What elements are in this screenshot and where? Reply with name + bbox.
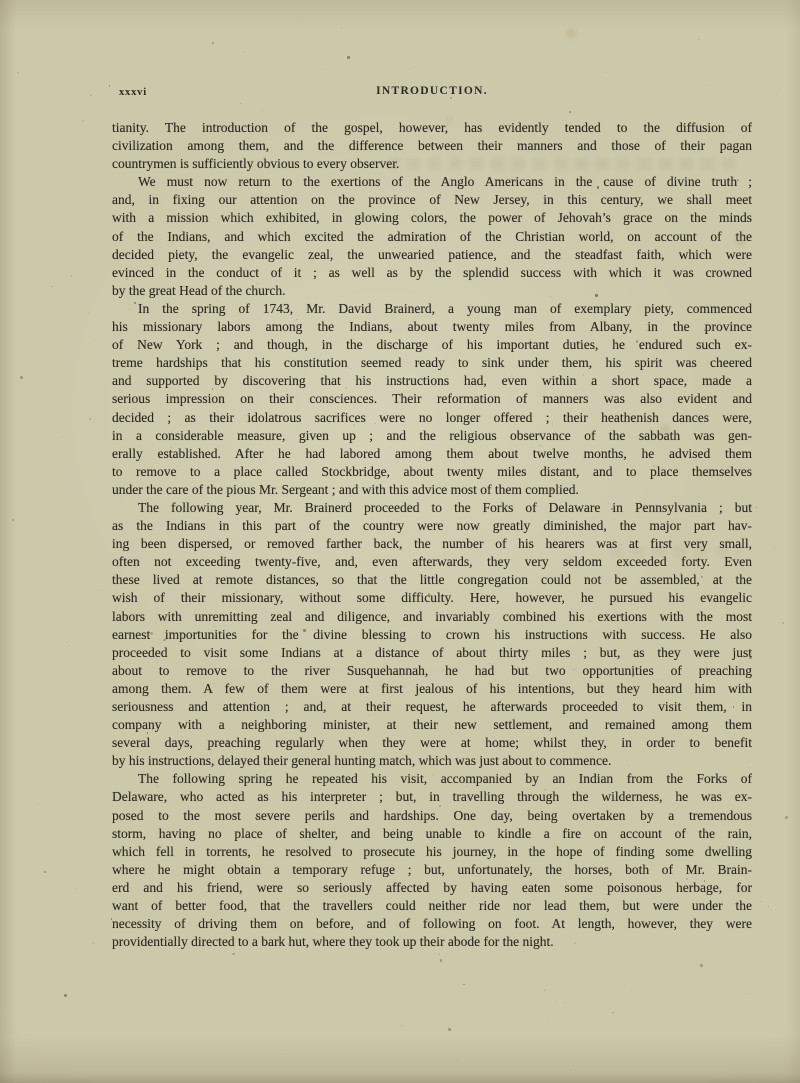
paper-speckle: [90, 94, 92, 96]
text-line: tianity. The introduction of the gospel,…: [112, 119, 752, 137]
text-line: and supported by discovering that his in…: [112, 372, 752, 390]
text-line: treme hardships that his constitution se…: [112, 354, 752, 372]
text-line: of New York ; and though, in the dischar…: [112, 336, 752, 354]
paper-speckle: [544, 990, 545, 991]
paper-speckle: [565, 1003, 566, 1004]
text-line: storm, having no place of shelter, and b…: [112, 825, 752, 843]
paper-speckle: [17, 72, 19, 74]
text-line: which fell in torrents, he resolved to p…: [112, 843, 752, 861]
paper-speckle: [439, 954, 440, 955]
paper-speckle: [298, 16, 299, 17]
text-line: proceeded to visit some Indians at a dis…: [112, 644, 752, 662]
text-line: serious impression on their consciences.…: [112, 390, 752, 408]
paper-speckle: [327, 69, 328, 70]
paper-speckle: [92, 942, 94, 944]
paper-speckle: [570, 1069, 571, 1070]
paper-speckle: [82, 120, 84, 122]
running-head: INTRODUCTION.: [112, 85, 752, 97]
paper-speckle: [624, 986, 626, 988]
text-line: Delaware, who acted as his interpreter ;…: [112, 788, 752, 806]
text-line: The following year, Mr. Brainerd proceed…: [112, 499, 752, 517]
text-line: his missionary labors among the Indians,…: [112, 318, 752, 336]
book-page: xxxvi INTRODUCTION. tianity. The introdu…: [0, 0, 800, 1083]
paper-speckle: [785, 816, 787, 818]
text-line: to remove to a place called Stockbridge,…: [112, 463, 752, 481]
text-line: want of better food, that the travellers…: [112, 897, 752, 915]
text-line: of the Indians, and which excited the ad…: [112, 228, 752, 246]
paper-speckle: [535, 40, 536, 41]
paper-speckle: [463, 984, 465, 986]
text-line: posed to the most severe perils and hard…: [112, 807, 752, 825]
paper-speckle: [569, 111, 571, 113]
paper-speckle: [285, 98, 286, 99]
paper-speckle: [51, 286, 53, 288]
paper-speckle: [244, 52, 245, 53]
paper-speckle: [64, 994, 67, 997]
body-text: tianity. The introduction of the gospel,…: [112, 119, 752, 951]
text-line: providentially directed to a bark hut, w…: [112, 933, 752, 951]
text-line: by the great Head of the church.: [112, 282, 752, 300]
text-line: necessity of driving them on before, and…: [112, 915, 752, 933]
paper-speckle: [20, 376, 23, 379]
text-line: seriousness and attention ; and, at thei…: [112, 698, 752, 716]
text-line: erally established. After he had labored…: [112, 445, 752, 463]
paper-speckle: [341, 28, 342, 29]
text-line: We must now return to the exertions of t…: [112, 173, 752, 191]
paper-speckle: [448, 1028, 451, 1031]
paper-speckle: [457, 1059, 459, 1061]
paper-speckle: [240, 103, 241, 104]
paper-speckle: [262, 110, 263, 111]
paper-speckle: [548, 1018, 549, 1019]
text-line: where he might obtain a temporary refuge…: [112, 861, 752, 879]
text-line: labors with unremitting zeal and diligen…: [112, 608, 752, 626]
paper-speckle: [101, 590, 102, 591]
text-line: and, in fixing our attention on the prov…: [112, 191, 752, 209]
text-line: civilization among them, and the differe…: [112, 137, 752, 155]
text-line: in a considerable measure, given up ; an…: [112, 427, 752, 445]
paper-speckle: [605, 72, 606, 73]
paper-speckle: [756, 931, 757, 932]
paper-speckle: [286, 1054, 287, 1055]
text-line: often not exceeding twenty-five, and, ev…: [112, 553, 752, 571]
text-line: by his instructions, delayed their gener…: [112, 752, 752, 770]
paper-speckle: [76, 888, 77, 889]
text-line: decided ; as their idolatrous sacrifices…: [112, 409, 752, 427]
paper-speckle: [109, 85, 111, 87]
paper-speckle: [44, 871, 46, 873]
paper-speckle: [776, 94, 777, 95]
paper-speckle: [347, 56, 350, 59]
text-line: about to remove to the river Susquehanna…: [112, 662, 752, 680]
paper-speckle: [612, 1012, 613, 1013]
text-line: wish of their missionary, without some d…: [112, 589, 752, 607]
text-line: evinced in the conduct of it ; as well a…: [112, 264, 752, 282]
paper-speckle: [450, 97, 452, 99]
text-line: countrymen is sufficiently obvious to ev…: [112, 155, 752, 173]
paper-speckle: [414, 82, 415, 83]
paper-speckle: [71, 275, 73, 277]
paper-speckle: [58, 432, 59, 433]
text-line: as the Indians in this part of the count…: [112, 517, 752, 535]
paper-speckle: [756, 507, 758, 509]
text-line: The following spring he repeated his vis…: [112, 770, 752, 788]
text-line: under the care of the pious Mr. Sergeant…: [112, 481, 752, 499]
paper-speckle: [66, 642, 67, 643]
paper-speckle: [773, 73, 775, 75]
paper-speckle: [773, 548, 775, 550]
paper-speckle: [768, 906, 769, 907]
paper-speckle: [698, 39, 699, 40]
text-line: among them. A few of them were at first …: [112, 680, 752, 698]
paper-speckle: [88, 312, 89, 313]
text-line: In the spring of 1743, Mr. David Brainer…: [112, 300, 752, 318]
paper-speckle: [755, 858, 756, 859]
paper-speckle: [440, 959, 443, 962]
paper-speckle: [212, 42, 214, 44]
paper-speckle: [749, 993, 750, 994]
text-line: erd and his friend, were so seriously af…: [112, 879, 752, 897]
text-line: several days, preaching regularly when t…: [112, 734, 752, 752]
paper-speckle: [401, 1025, 403, 1027]
paper-speckle: [555, 1000, 556, 1001]
paper-speckle: [38, 804, 39, 805]
paper-speckle: [700, 964, 703, 967]
text-line: company with a neighboring minister, at …: [112, 716, 752, 734]
paper-speckle: [93, 338, 95, 340]
paper-speckle: [408, 68, 409, 69]
paper-speckle: [232, 953, 234, 955]
text-line: earnest importunities for the divine ble…: [112, 626, 752, 644]
paper-speckle: [12, 519, 14, 521]
paper-speckle: [89, 418, 91, 420]
text-line: with a mission which exhibited, in glowi…: [112, 209, 752, 227]
paper-speckle: [566, 28, 576, 38]
text-line: these lived at remote distances, so that…: [112, 571, 752, 589]
paper-speckle: [761, 901, 762, 902]
paper-speckle: [782, 622, 784, 624]
text-line: decided piety, the evangelic zeal, the u…: [112, 246, 752, 264]
text-line: ing been dispersed, or removed farther b…: [112, 535, 752, 553]
